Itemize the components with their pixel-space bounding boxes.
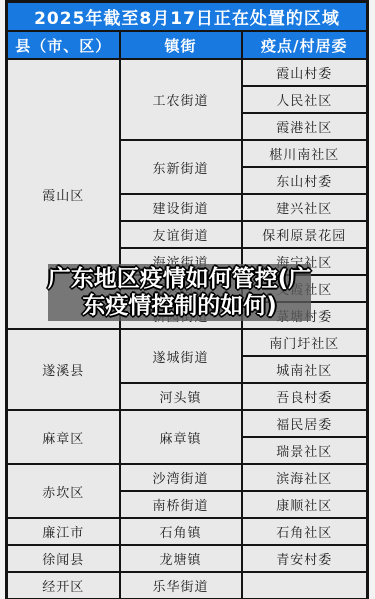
site-cell: 建兴社区 [242,194,368,221]
site-cell: 人民社区 [242,86,368,113]
table-row: 遂溪县遂城街道南门圩社区 [7,329,368,356]
table-row: 霞山区工农街道霞山村委 [7,59,368,86]
table-row: 廉江市石角镇石角社区 [7,518,368,545]
table-title: 2025年截至8月17日正在处置的区域 [7,2,368,32]
site-cell: 石角社区 [242,518,368,545]
table-row: 麻章区麻章镇福民居委 [7,410,368,437]
site-cell: 椹川南社区 [242,140,368,167]
street-cell: 建设街道 [120,194,242,221]
title-row: 2025年截至8月17日正在处置的区域 [7,2,368,32]
site-cell: 福民居委 [242,410,368,437]
street-cell: 龙塘镇 [120,545,242,572]
district-cell: 麻章区 [7,410,120,464]
site-cell: 南门圩社区 [242,329,368,356]
site-cell: 东山村委 [242,167,368,194]
site-cell: 康顺社区 [242,491,368,518]
street-cell: 石角镇 [120,518,242,545]
column-header-district: 县（市、区） [7,31,120,59]
street-cell: 麻章镇 [120,410,242,464]
site-cell: 霞港社区 [242,113,368,140]
table-row: 赤坎区沙湾街道滨海社区 [7,464,368,491]
header-row: 县（市、区） 镇街 疫点/村居委 [7,31,368,59]
page: 2025年截至8月17日正在处置的区域 县（市、区） 镇街 疫点/村居委 霞山区… [0,0,375,599]
site-cell: 吾良村委 [242,383,368,410]
site-cell: 瑞景社区 [242,437,368,464]
district-cell: 廉江市 [7,518,120,545]
watermark-text-line1: 广东地区疫情如何管控(广 [48,266,312,293]
table-body: 霞山区工农街道霞山村委人民社区霞港社区东新街道椹川南社区东山村委建设街道建兴社区… [7,59,368,599]
street-cell: 东新街道 [120,140,242,194]
street-cell: 乐华街道 [120,572,242,599]
site-cell: 保利原景花园 [242,221,368,248]
watermark-overlay: 广东地区疫情如何管控(广 东疫情控制的如何) [48,264,311,321]
district-cell: 遂溪县 [7,329,120,410]
district-cell: 赤坎区 [7,464,120,518]
district-cell: 经开区 [7,572,120,599]
site-cell: 滨海社区 [242,464,368,491]
watermark-text-line2: 东疫情控制的如何) [82,293,277,320]
column-header-street: 镇街 [120,31,242,59]
site-cell: 青安村委 [242,545,368,572]
table-row: 徐闻县龙塘镇青安村委 [7,545,368,572]
street-cell: 友谊街道 [120,221,242,248]
street-cell: 工农街道 [120,59,242,140]
street-cell: 遂城街道 [120,329,242,383]
site-cell: 城南社区 [242,356,368,383]
table-row: 经开区乐华街道 [7,572,368,599]
district-cell: 徐闻县 [7,545,120,572]
street-cell: 南桥街道 [120,491,242,518]
site-cell [242,572,368,599]
column-header-site: 疫点/村居委 [242,31,368,59]
street-cell: 沙湾街道 [120,464,242,491]
street-cell: 河头镇 [120,383,242,410]
site-cell: 霞山村委 [242,59,368,86]
